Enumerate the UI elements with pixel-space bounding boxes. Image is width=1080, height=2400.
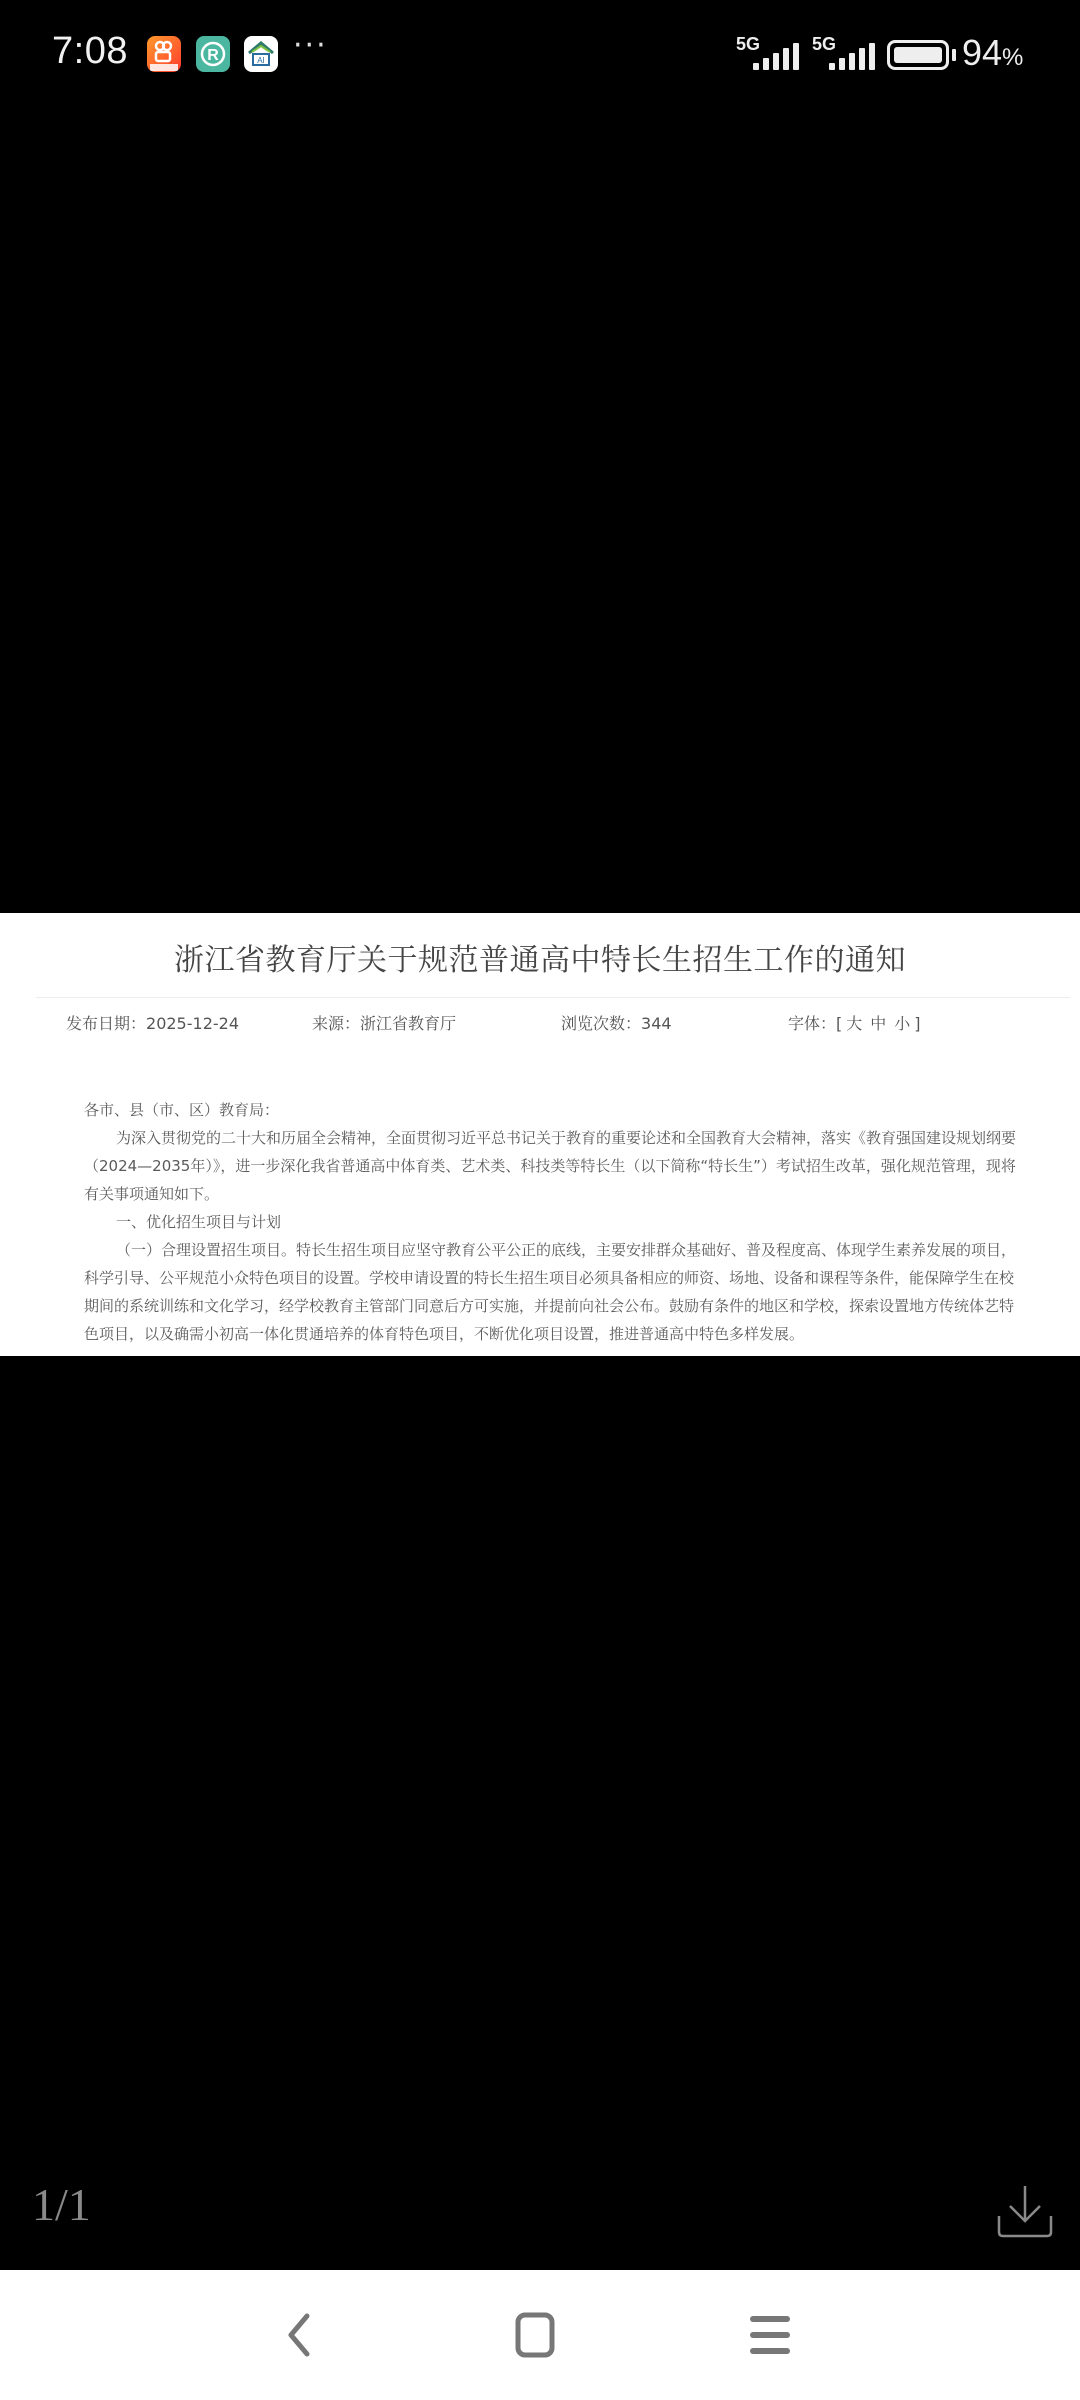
- paragraph-item-1: （一）合理设置招生项目。特长生招生项目应坚守教育公平公正的底线，主要安排群众基础…: [84, 1236, 1020, 1348]
- source: 来源：浙江省教育厅: [312, 1011, 456, 1034]
- view-count: 浏览次数：344: [561, 1011, 672, 1034]
- status-bar: 7:08 R AI ··· 5G 5G: [0, 0, 1080, 110]
- font-large-option: 大: [846, 1014, 862, 1033]
- paragraph-intro: 为深入贯彻党的二十大和历届全会精神，全面贯彻习近平总书记关于教育的重要论述和全国…: [84, 1124, 1020, 1208]
- salutation: 各市、县（市、区）教育局：: [84, 1096, 1020, 1124]
- document-body: 各市、县（市、区）教育局： 为深入贯彻党的二十大和历届全会精神，全面贯彻习近平总…: [84, 1096, 1020, 1348]
- navigation-bar: [0, 2270, 1080, 2400]
- font-size-selector: 字体：[大中小]: [788, 1011, 921, 1034]
- title-divider: [36, 997, 1070, 998]
- svg-text:AI: AI: [257, 56, 265, 65]
- home-icon: [513, 2311, 557, 2359]
- more-notifications-icon: ···: [293, 28, 328, 63]
- recents-button[interactable]: [735, 2300, 805, 2370]
- clock: 7:08: [52, 30, 128, 73]
- sim1-signal-icon: 5G: [736, 34, 796, 74]
- menu-icon: [748, 2311, 792, 2359]
- ai-home-app-icon: AI: [244, 36, 278, 72]
- download-button[interactable]: [994, 2182, 1056, 2240]
- battery-icon: [887, 40, 949, 70]
- svg-text:R: R: [207, 47, 219, 64]
- document-image[interactable]: 浙江省教育厅关于规范普通高中特长生招生工作的通知 发布日期：2025-12-24…: [0, 913, 1080, 1356]
- r-app-icon: R: [196, 36, 230, 72]
- document-title: 浙江省教育厅关于规范普通高中特长生招生工作的通知: [0, 935, 1080, 979]
- home-button[interactable]: [500, 2300, 570, 2370]
- back-icon: [279, 2310, 319, 2360]
- kuaishou-app-icon: [147, 36, 181, 72]
- sim2-signal-icon: 5G: [812, 34, 877, 74]
- back-button[interactable]: [264, 2300, 334, 2370]
- download-icon: [994, 2182, 1056, 2240]
- battery-tip: [952, 49, 956, 61]
- page-indicator: 1/1: [32, 2178, 91, 2231]
- font-small-option: 小: [894, 1014, 910, 1033]
- section-heading: 一、优化招生项目与计划: [84, 1208, 1020, 1236]
- battery-percent: 94%: [962, 32, 1023, 74]
- font-medium-option: 中: [870, 1014, 886, 1033]
- publish-date: 发布日期：2025-12-24: [66, 1011, 239, 1034]
